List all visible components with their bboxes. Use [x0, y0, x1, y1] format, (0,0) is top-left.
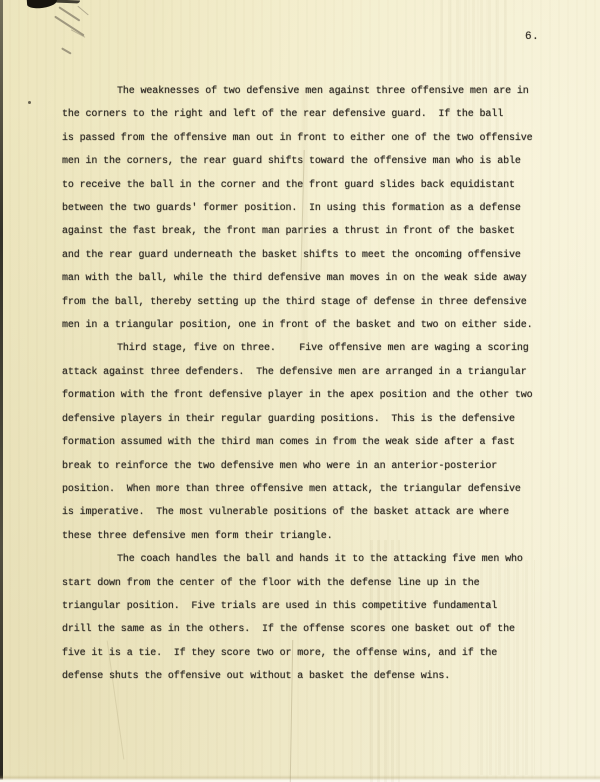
text-line: is passed from the offensive man out in … — [62, 127, 554, 150]
text-line: The coach handles the ball and hands it … — [62, 548, 554, 571]
text-line: from the ball, thereby setting up the th… — [62, 291, 554, 314]
page-number: 6. — [525, 31, 539, 43]
text-line: drill the same as in the others. If the … — [62, 618, 554, 641]
document-page: 6. The weaknesses of two defensive men a… — [0, 0, 600, 782]
pencil-dot — [28, 101, 31, 104]
text-line: Third stage, five on three. Five offensi… — [62, 337, 554, 360]
text-line: these three defensive men form their tri… — [62, 525, 554, 548]
text-line: formation with the front defensive playe… — [62, 384, 554, 407]
pencil-scribble — [61, 47, 71, 54]
text-line: against the fast break, the front man pa… — [62, 220, 554, 243]
paper-bottom-edge — [0, 775, 600, 782]
text-line: five it is a tie. If they score two or m… — [62, 642, 554, 665]
text-line: break to reinforce the two defensive men… — [62, 455, 554, 478]
document-text: The weaknesses of two defensive men agai… — [62, 80, 554, 689]
text-line: to receive the ball in the corner and th… — [62, 174, 554, 197]
scan-mark-top-tail — [54, 0, 80, 3]
text-line: and the rear guard underneath the basket… — [62, 244, 554, 267]
text-line: the corners to the right and left of the… — [62, 103, 554, 126]
text-line: defense shuts the offensive out without … — [62, 665, 554, 688]
text-line: is imperative. The most vulnerable posit… — [62, 501, 554, 524]
text-line: triangular position. Five trials are use… — [62, 595, 554, 618]
pencil-scribble — [54, 16, 84, 36]
text-line: position. When more than three offensive… — [62, 478, 554, 501]
scan-edge-left — [0, 0, 3, 782]
text-line: The weaknesses of two defensive men agai… — [62, 80, 554, 103]
text-line: formation assumed with the third man com… — [62, 431, 554, 454]
scan-mark-top — [27, 0, 58, 9]
pencil-scribble — [77, 6, 88, 16]
text-line: between the two guards' former position.… — [62, 197, 554, 220]
text-line: defensive players in their regular guard… — [62, 408, 554, 431]
text-line: men in a triangular position, one in fro… — [62, 314, 554, 337]
text-line: attack against three defenders. The defe… — [62, 361, 554, 384]
text-line: man with the ball, while the third defen… — [62, 267, 554, 290]
text-line: start down from the center of the floor … — [62, 572, 554, 595]
text-line: men in the corners, the rear guard shift… — [62, 150, 554, 173]
